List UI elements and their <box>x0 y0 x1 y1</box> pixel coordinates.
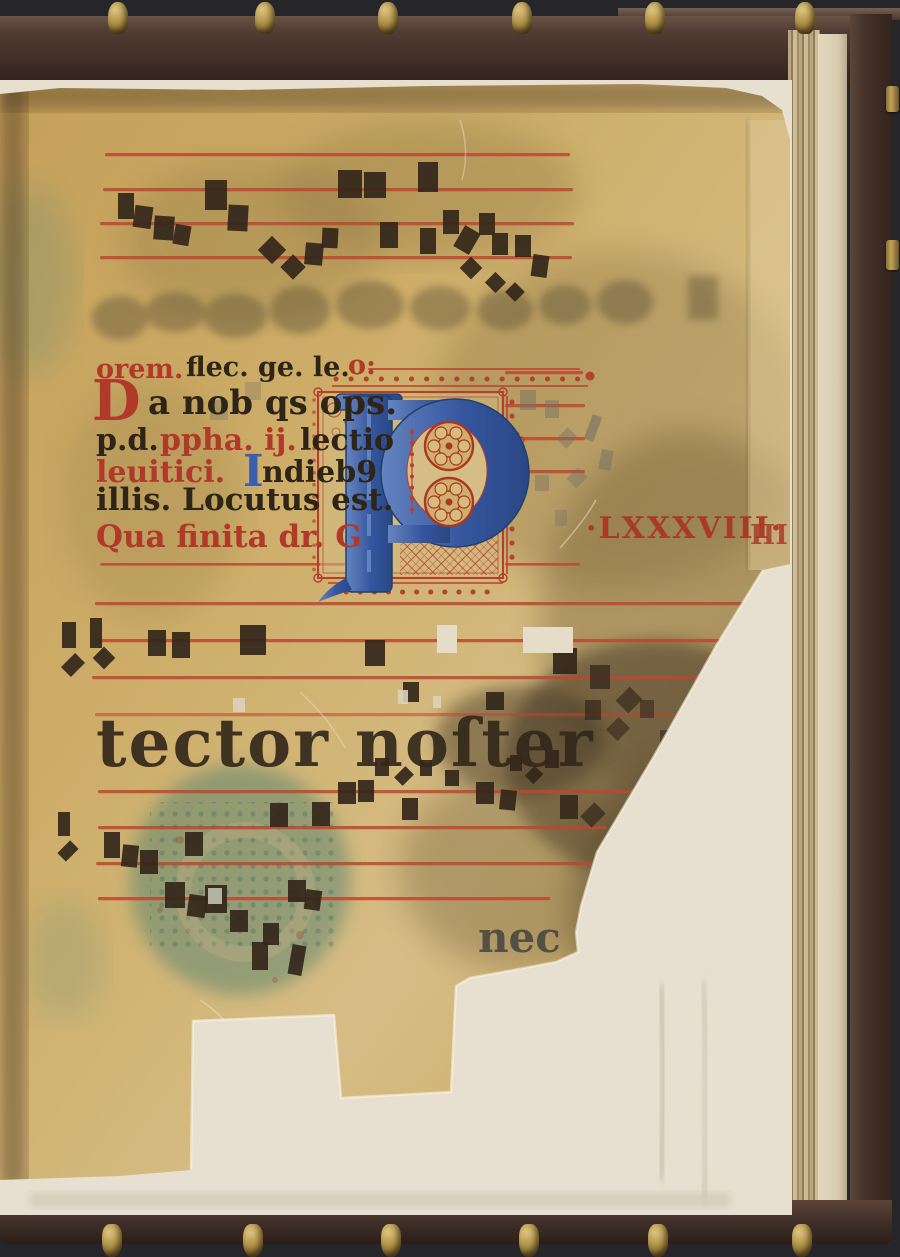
prayer-text: lectio <box>300 423 394 458</box>
cue-words: flec. ge. le. <box>186 352 350 383</box>
rubric-word: ppha. ij. <box>160 423 297 458</box>
rubric-line: Qua finita dr. G <box>96 519 362 555</box>
binding-peg <box>378 2 398 34</box>
page-edge-stack <box>788 30 820 1202</box>
binding-peg <box>255 2 275 34</box>
prayer-text: a nob qs ops. <box>148 383 397 423</box>
rosette-ornament <box>425 478 473 526</box>
binding-peg <box>645 2 665 34</box>
binding-peg <box>102 1224 122 1257</box>
clasp-fitting <box>886 86 899 112</box>
binding-peg <box>792 1224 812 1257</box>
binding-peg <box>108 2 128 34</box>
binding-leather-right <box>850 14 892 1244</box>
lesson-text: illis. Locutus est. <box>96 482 393 518</box>
manuscript-photo: orem. flec. ge. le. o: D a nob qs ops. p… <box>0 0 900 1257</box>
manuscript-page: orem. flec. ge. le. o: D a nob qs ops. p… <box>0 80 792 1215</box>
green-initial-offset <box>130 765 350 995</box>
binding-leather-top <box>0 16 892 88</box>
binding-peg <box>795 2 815 34</box>
chant-display-text: tector noſter <box>96 704 595 782</box>
binding-peg <box>648 1224 668 1257</box>
backing-sheet-edge <box>818 34 847 1202</box>
binding-peg <box>381 1224 401 1257</box>
clasp-fitting <box>886 240 899 270</box>
binding-peg <box>512 2 532 34</box>
prayer-text: p.d. <box>96 423 159 458</box>
binding-peg <box>519 1224 539 1257</box>
binding-peg <box>243 1224 263 1257</box>
chant-fragment-text: nec <box>478 913 561 962</box>
edge-folio-number: III <box>750 520 788 551</box>
rosette-ornament <box>425 422 473 470</box>
rubric-word: o: <box>348 350 376 381</box>
